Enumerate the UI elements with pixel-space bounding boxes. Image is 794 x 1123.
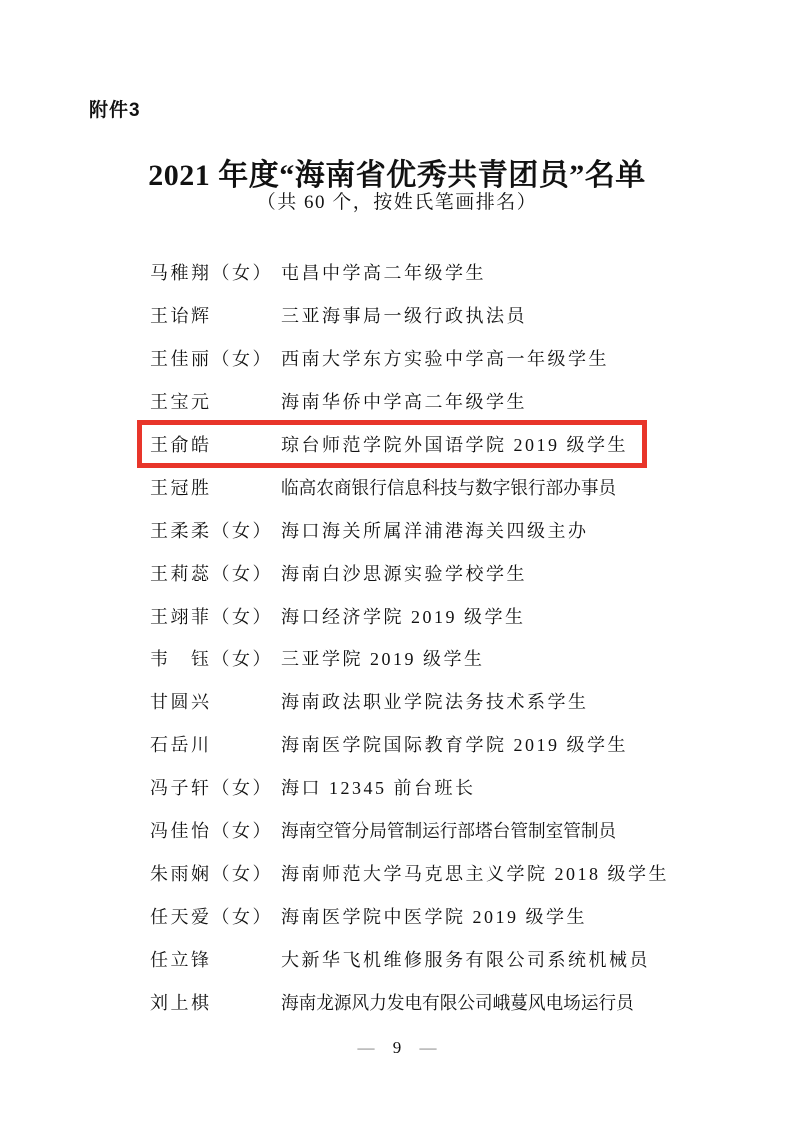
member-name: 王佳丽（女） (150, 345, 281, 371)
list-item: 石岳川 海南医学院国际教育学院 2019 级学生 (150, 723, 770, 766)
member-name: 王俞皓 (150, 431, 281, 457)
member-name: 石岳川 (150, 731, 281, 757)
member-affiliation: 三亚海事局一级行政执法员 (281, 302, 527, 328)
member-affiliation: 三亚学院 2019 级学生 (281, 645, 485, 671)
member-affiliation: 临高农商银行信息科技与数字银行部办事员 (281, 474, 616, 500)
member-name: 冯佳怡（女） (150, 817, 281, 843)
page-number: 9 (393, 1038, 402, 1057)
member-name: 刘上棋 (150, 989, 281, 1015)
list-item: 韦 钰（女） 三亚学院 2019 级学生 (150, 637, 770, 680)
member-name: 王诒辉 (150, 302, 281, 328)
list-item: 王冠胜 临高农商银行信息科技与数字银行部办事员 (150, 465, 770, 508)
list-item: 刘上棋 海南龙源风力发电有限公司峨蔓风电场运行员 (150, 980, 770, 1023)
member-name: 任天爱（女） (150, 903, 281, 929)
list-item: 王宝元 海南华侨中学高二年级学生 (150, 380, 770, 423)
member-affiliation: 海口经济学院 2019 级学生 (281, 603, 526, 629)
attachment-label: 附件3 (89, 95, 141, 122)
list-item: 王俞皓 琼台师范学院外国语学院 2019 级学生 (150, 423, 770, 466)
list-item: 马稚翔（女） 屯昌中学高二年级学生 (150, 251, 770, 294)
member-affiliation: 琼台师范学院外国语学院 2019 级学生 (281, 431, 628, 457)
page-footer: — 9 — (0, 1038, 794, 1058)
list-item: 朱雨娴（女） 海南师范大学马克思主义学院 2018 级学生 (150, 851, 770, 894)
member-name: 甘圆兴 (150, 688, 281, 714)
list-item: 甘圆兴 海南政法职业学院法务技术系学生 (150, 680, 770, 723)
document-page: 附件3 2021 年度“海南省优秀共青团员”名单 （共 60 个，按姓氏笔画排名… (0, 0, 794, 1123)
member-name: 马稚翔（女） (150, 259, 281, 285)
member-name: 王柔柔（女） (150, 517, 281, 543)
member-name: 冯子轩（女） (150, 774, 281, 800)
member-name: 任立锋 (150, 946, 281, 972)
list-item: 王佳丽（女） 西南大学东方实验中学高一年级学生 (150, 337, 770, 380)
list-item: 王莉蕊（女） 海南白沙思源实验学校学生 (150, 551, 770, 594)
member-affiliation: 海口 12345 前台班长 (281, 774, 476, 800)
member-affiliation: 海南医学院中医学院 2019 级学生 (281, 903, 587, 929)
member-affiliation: 海口海关所属洋浦港海关四级主办 (281, 517, 589, 543)
list-item: 王翊菲（女） 海口经济学院 2019 级学生 (150, 594, 770, 637)
footer-right-dash: — (420, 1038, 437, 1057)
member-list: 马稚翔（女） 屯昌中学高二年级学生 王诒辉 三亚海事局一级行政执法员 王佳丽（女… (150, 251, 770, 1023)
member-affiliation: 海南医学院国际教育学院 2019 级学生 (281, 731, 628, 757)
member-affiliation: 海南龙源风力发电有限公司峨蔓风电场运行员 (281, 989, 634, 1015)
member-name: 朱雨娴（女） (150, 860, 281, 886)
footer-left-dash: — (358, 1038, 375, 1057)
member-affiliation: 屯昌中学高二年级学生 (281, 259, 486, 285)
member-name: 王翊菲（女） (150, 603, 281, 629)
member-affiliation: 海南华侨中学高二年级学生 (281, 388, 527, 414)
member-affiliation: 大新华飞机维修服务有限公司系统机械员 (281, 946, 650, 972)
member-affiliation: 海南白沙思源实验学校学生 (281, 560, 527, 586)
list-item: 冯子轩（女） 海口 12345 前台班长 (150, 766, 770, 809)
member-affiliation: 海南师范大学马克思主义学院 2018 级学生 (281, 860, 669, 886)
member-affiliation: 海南政法职业学院法务技术系学生 (281, 688, 589, 714)
member-name: 王莉蕊（女） (150, 560, 281, 586)
page-subtitle: （共 60 个，按姓氏笔画排名） (0, 187, 794, 214)
member-name: 王冠胜 (150, 474, 281, 500)
list-item: 任立锋 大新华飞机维修服务有限公司系统机械员 (150, 937, 770, 980)
list-item: 冯佳怡（女） 海南空管分局管制运行部塔台管制室管制员 (150, 809, 770, 852)
member-name: 王宝元 (150, 388, 281, 414)
member-affiliation: 海南空管分局管制运行部塔台管制室管制员 (281, 817, 616, 843)
list-item: 任天爱（女） 海南医学院中医学院 2019 级学生 (150, 894, 770, 937)
list-item: 王诒辉 三亚海事局一级行政执法员 (150, 294, 770, 337)
list-item: 王柔柔（女） 海口海关所属洋浦港海关四级主办 (150, 508, 770, 551)
member-name: 韦 钰（女） (150, 645, 281, 671)
member-affiliation: 西南大学东方实验中学高一年级学生 (281, 345, 609, 371)
